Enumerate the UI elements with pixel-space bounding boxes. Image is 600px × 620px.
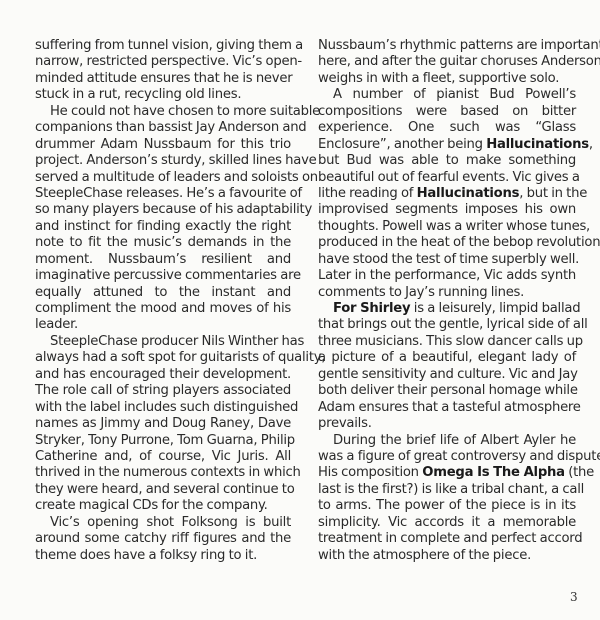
- text-line: narrow, restricted perspective. Vic’s op…: [35, 54, 291, 70]
- text-line: project. Anderson’s sturdy, skilled line…: [35, 153, 291, 169]
- paragraph: He could not have chosen to more suitabl…: [35, 104, 291, 334]
- booklet-page: suffering from tunnel vision, giving the…: [0, 0, 600, 620]
- left-text-column: suffering from tunnel vision, giving the…: [35, 38, 291, 564]
- text-line: drummer Adam Nussbaum for this trio: [35, 137, 291, 153]
- text-line: improvised segments imposes his own: [318, 202, 576, 218]
- text-line: thrived in the numerous contexts in whic…: [35, 465, 291, 481]
- text-line: simplicity. Vic accords it a memorable: [318, 515, 576, 531]
- text-line: Catherine and, of course, Vic Juris. All: [35, 449, 291, 465]
- text-line: He could not have chosen to more suitabl…: [35, 104, 291, 120]
- text-line: to arms. The power of the piece is in it…: [318, 498, 576, 514]
- text-line: imaginative percussive commentaries are: [35, 268, 291, 284]
- text-line: they were heard, and several continue to: [35, 482, 291, 498]
- text-line: with the label includes such distinguish…: [35, 400, 291, 416]
- text-line: Vic’s opening shot Folksong is built: [35, 515, 291, 531]
- text-line: was a figure of great controversy and di…: [318, 449, 576, 465]
- text-line: beautiful out of fearful events. Vic giv…: [318, 170, 576, 186]
- text-line: with the atmosphere of the piece.: [318, 548, 576, 564]
- text-line: stuck in a rut, recycling old lines.: [35, 87, 291, 103]
- text-line: theme does have a folksy ring to it.: [35, 548, 291, 564]
- text-line: His composition Omega Is The Alpha (the: [318, 465, 576, 481]
- paragraph: During the brief life of Albert Ayler he…: [318, 433, 576, 565]
- paragraph: suffering from tunnel vision, giving the…: [35, 38, 291, 104]
- text-line: comments to Jay’s running lines.: [318, 285, 576, 301]
- text-line: note to fit the music’s demands in the: [35, 235, 291, 251]
- text-line: both deliver their personal homage while: [318, 383, 576, 399]
- text-line: have stood the test of time superbly wel…: [318, 252, 576, 268]
- text-line: experience. One such was “Glass: [318, 120, 576, 136]
- right-text-column: Nussbaum’s rhythmic patterns are importa…: [318, 38, 576, 564]
- paragraph: SteepleChase producer Nils Winther hasal…: [35, 334, 291, 515]
- text-line: SteepleChase releases. He’s a favourite …: [35, 186, 291, 202]
- text-line: SteepleChase producer Nils Winther has: [35, 334, 291, 350]
- paragraph: Vic’s opening shot Folksong is builtarou…: [35, 515, 291, 564]
- text-line: always had a soft spot for guitarists of…: [35, 350, 291, 366]
- text-line: leader.: [35, 317, 291, 333]
- text-line: last is the first?) is like a tribal cha…: [318, 482, 576, 498]
- text-line: a picture of a beautiful, elegant lady o…: [318, 350, 576, 366]
- paragraph: A number of pianist Bud Powell’scomposit…: [318, 87, 576, 301]
- text-line: served a multitude of leaders and solois…: [35, 170, 291, 186]
- paragraph: Nussbaum’s rhythmic patterns are importa…: [318, 38, 576, 87]
- text-line: create magical CDs for the company.: [35, 498, 291, 514]
- text-line: here, and after the guitar choruses Ande…: [318, 54, 576, 70]
- text-line: names as Jimmy and Doug Raney, Dave: [35, 416, 291, 432]
- text-line: three musicians. This slow dancer calls …: [318, 334, 576, 350]
- text-line: Adam ensures that a tasteful atmosphere: [318, 400, 576, 416]
- text-line: but Bud was able to make something: [318, 153, 576, 169]
- song-title: Hallucinations: [486, 137, 589, 152]
- text-line: moment. Nussbaum’s resilient and: [35, 252, 291, 268]
- song-title: Omega Is The Alpha: [422, 465, 565, 480]
- text-line: treatment in complete and perfect accord: [318, 531, 576, 547]
- text-line: gentle sensitivity and culture. Vic and …: [318, 367, 576, 383]
- text-line: compositions were based on bitter: [318, 104, 576, 120]
- text-line: Enclosure”, another being Hallucinations…: [318, 137, 576, 153]
- text-line: Nussbaum’s rhythmic patterns are importa…: [318, 38, 576, 54]
- text-line: prevails.: [318, 416, 576, 432]
- text-line: Later in the performance, Vic adds synth: [318, 268, 576, 284]
- text-line: so many players because of his adaptabil…: [35, 202, 291, 218]
- song-title: Hallucinations: [417, 186, 520, 201]
- text-line: A number of pianist Bud Powell’s: [318, 87, 576, 103]
- text-line: weighs in with a fleet, supportive solo.: [318, 71, 576, 87]
- text-line: around some catchy riff figures and the: [35, 531, 291, 547]
- text-line: Stryker, Tony Purrone, Tom Guarna, Phili…: [35, 433, 291, 449]
- text-line: During the brief life of Albert Ayler he: [318, 433, 576, 449]
- text-line: For Shirley is a leisurely, limpid balla…: [318, 301, 576, 317]
- paragraph: For Shirley is a leisurely, limpid balla…: [318, 301, 576, 433]
- page-number: 3: [570, 590, 578, 604]
- text-line: suffering from tunnel vision, giving the…: [35, 38, 291, 54]
- text-line: produced in the heat of the bebop revolu…: [318, 235, 576, 251]
- text-line: that brings out the gentle, lyrical side…: [318, 317, 576, 333]
- text-line: thoughts. Powell was a writer whose tune…: [318, 219, 576, 235]
- text-line: and has encouraged their development.: [35, 367, 291, 383]
- text-line: The role call of string players associat…: [35, 383, 291, 399]
- text-line: and instinct for finding exactly the rig…: [35, 219, 291, 235]
- text-line: equally attuned to the instant and: [35, 285, 291, 301]
- song-title: For Shirley: [333, 301, 410, 316]
- text-line: minded attitude ensures that he is never: [35, 71, 291, 87]
- text-line: companions than bassist Jay Anderson and: [35, 120, 291, 136]
- text-line: compliment the mood and moves of his: [35, 301, 291, 317]
- text-line: lithe reading of Hallucinations, but in …: [318, 186, 576, 202]
